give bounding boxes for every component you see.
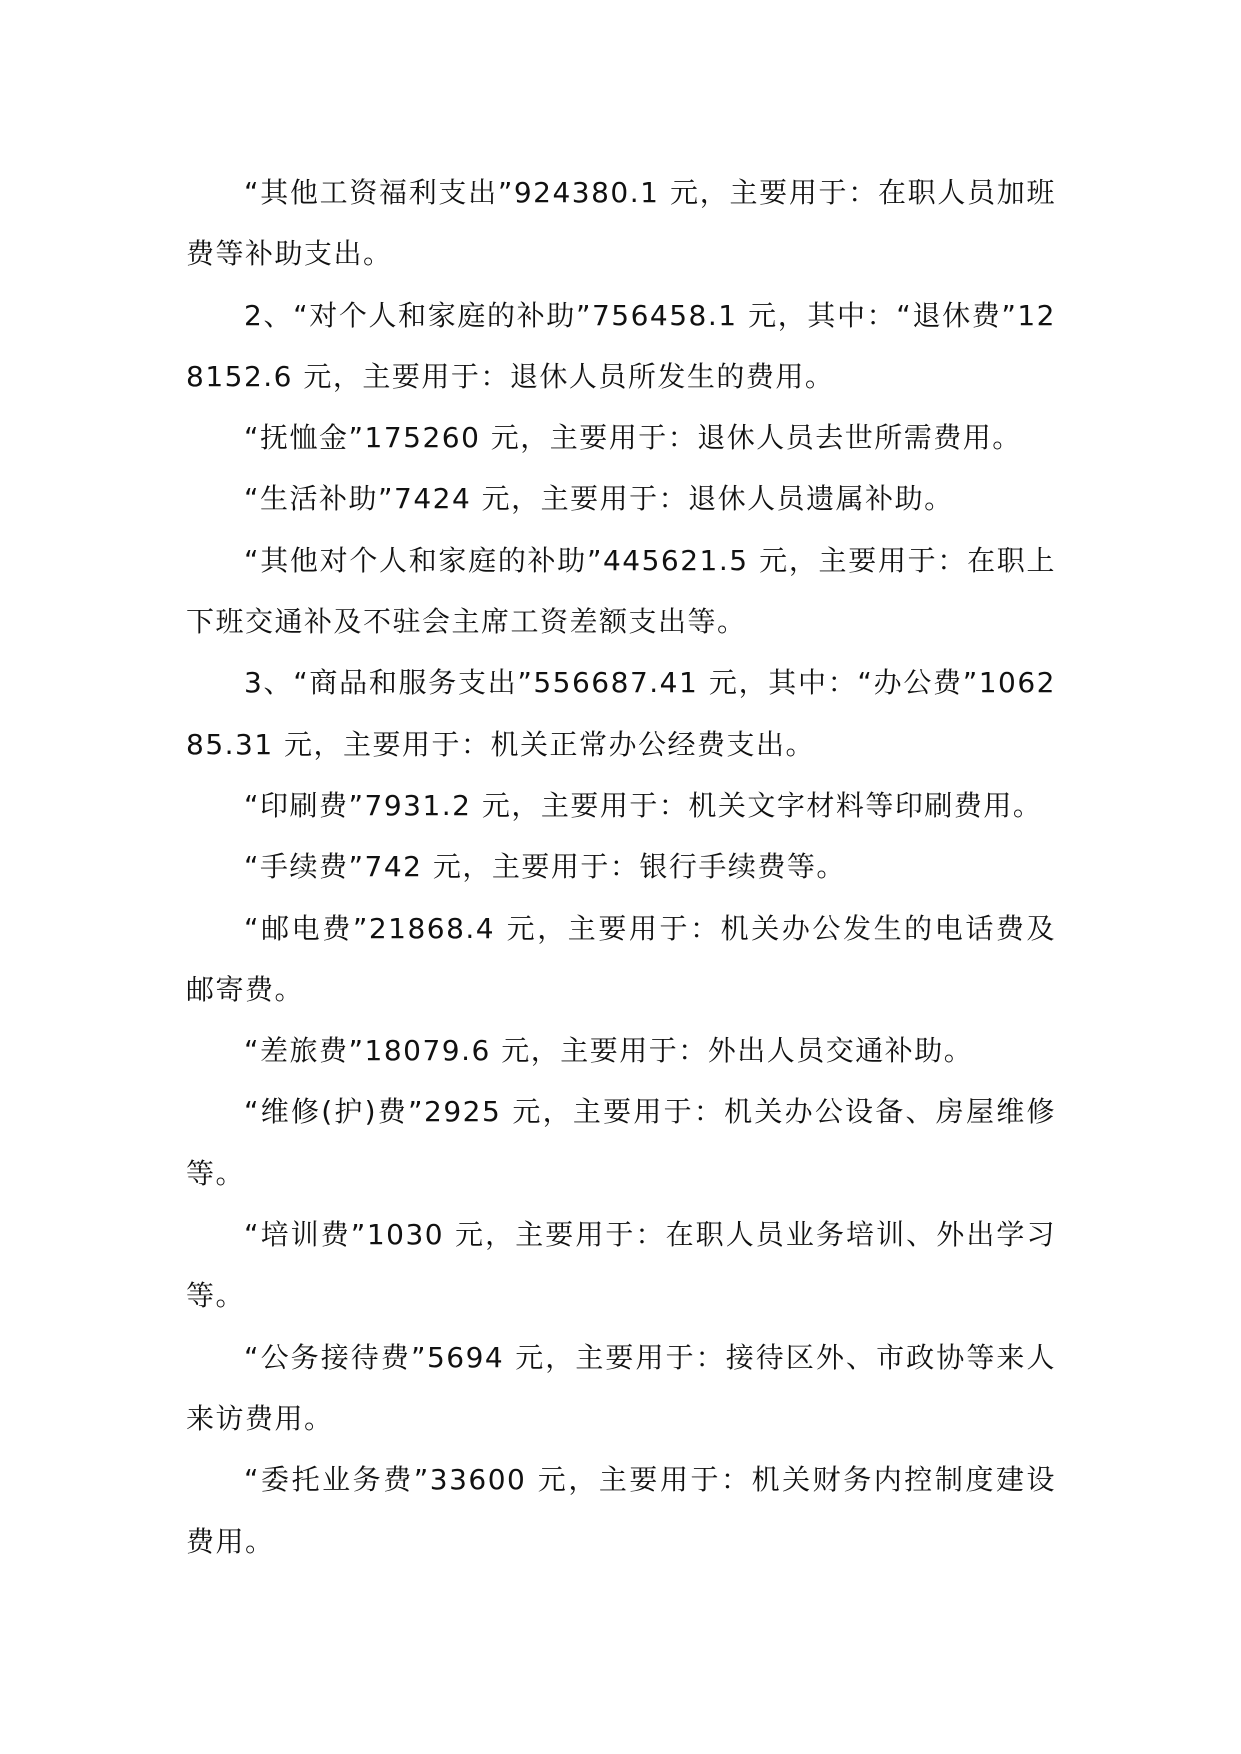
- paragraph-training-fee: “培训费”1030 元，主要用于：在职人员业务培训、外出学习等。: [186, 1204, 1056, 1327]
- paragraph-travel-fee: “差旅费”18079.6 元，主要用于：外出人员交通补助。: [186, 1020, 1056, 1081]
- paragraph-other-individual-subsidy: “其他对个人和家庭的补助”445621.5 元，主要用于：在职上下班交通补及不驻…: [186, 530, 1056, 653]
- paragraph-commission-fee: “委托业务费”33600 元，主要用于：机关财务内控制度建设费用。: [186, 1449, 1056, 1572]
- paragraph-post-telecom-fee: “邮电费”21868.4 元，主要用于：机关办公发生的电话费及邮寄费。: [186, 898, 1056, 1021]
- paragraph-goods-services: 3、“商品和服务支出”556687.41 元，其中：“办公费”106285.31…: [186, 652, 1056, 775]
- paragraph-handling-fee: “手续费”742 元，主要用于：银行手续费等。: [186, 836, 1056, 897]
- paragraph-individual-family-subsidy: 2、“对个人和家庭的补助”756458.1 元，其中：“退休费”128152.6…: [186, 285, 1056, 408]
- document-page: “其他工资福利支出”924380.1 元，主要用于：在职人员加班费等补助支出。 …: [186, 162, 1056, 1572]
- paragraph-other-wage-welfare: “其他工资福利支出”924380.1 元，主要用于：在职人员加班费等补助支出。: [186, 162, 1056, 285]
- paragraph-living-subsidy: “生活补助”7424 元，主要用于：退休人员遗属补助。: [186, 468, 1056, 529]
- paragraph-reception-fee: “公务接待费”5694 元，主要用于：接待区外、市政协等来人来访费用。: [186, 1327, 1056, 1450]
- paragraph-pension: “抚恤金”175260 元，主要用于：退休人员去世所需费用。: [186, 407, 1056, 468]
- paragraph-maintenance-fee: “维修(护)费”2925 元，主要用于：机关办公设备、房屋维修等。: [186, 1081, 1056, 1204]
- paragraph-printing-fee: “印刷费”7931.2 元，主要用于：机关文字材料等印刷费用。: [186, 775, 1056, 836]
